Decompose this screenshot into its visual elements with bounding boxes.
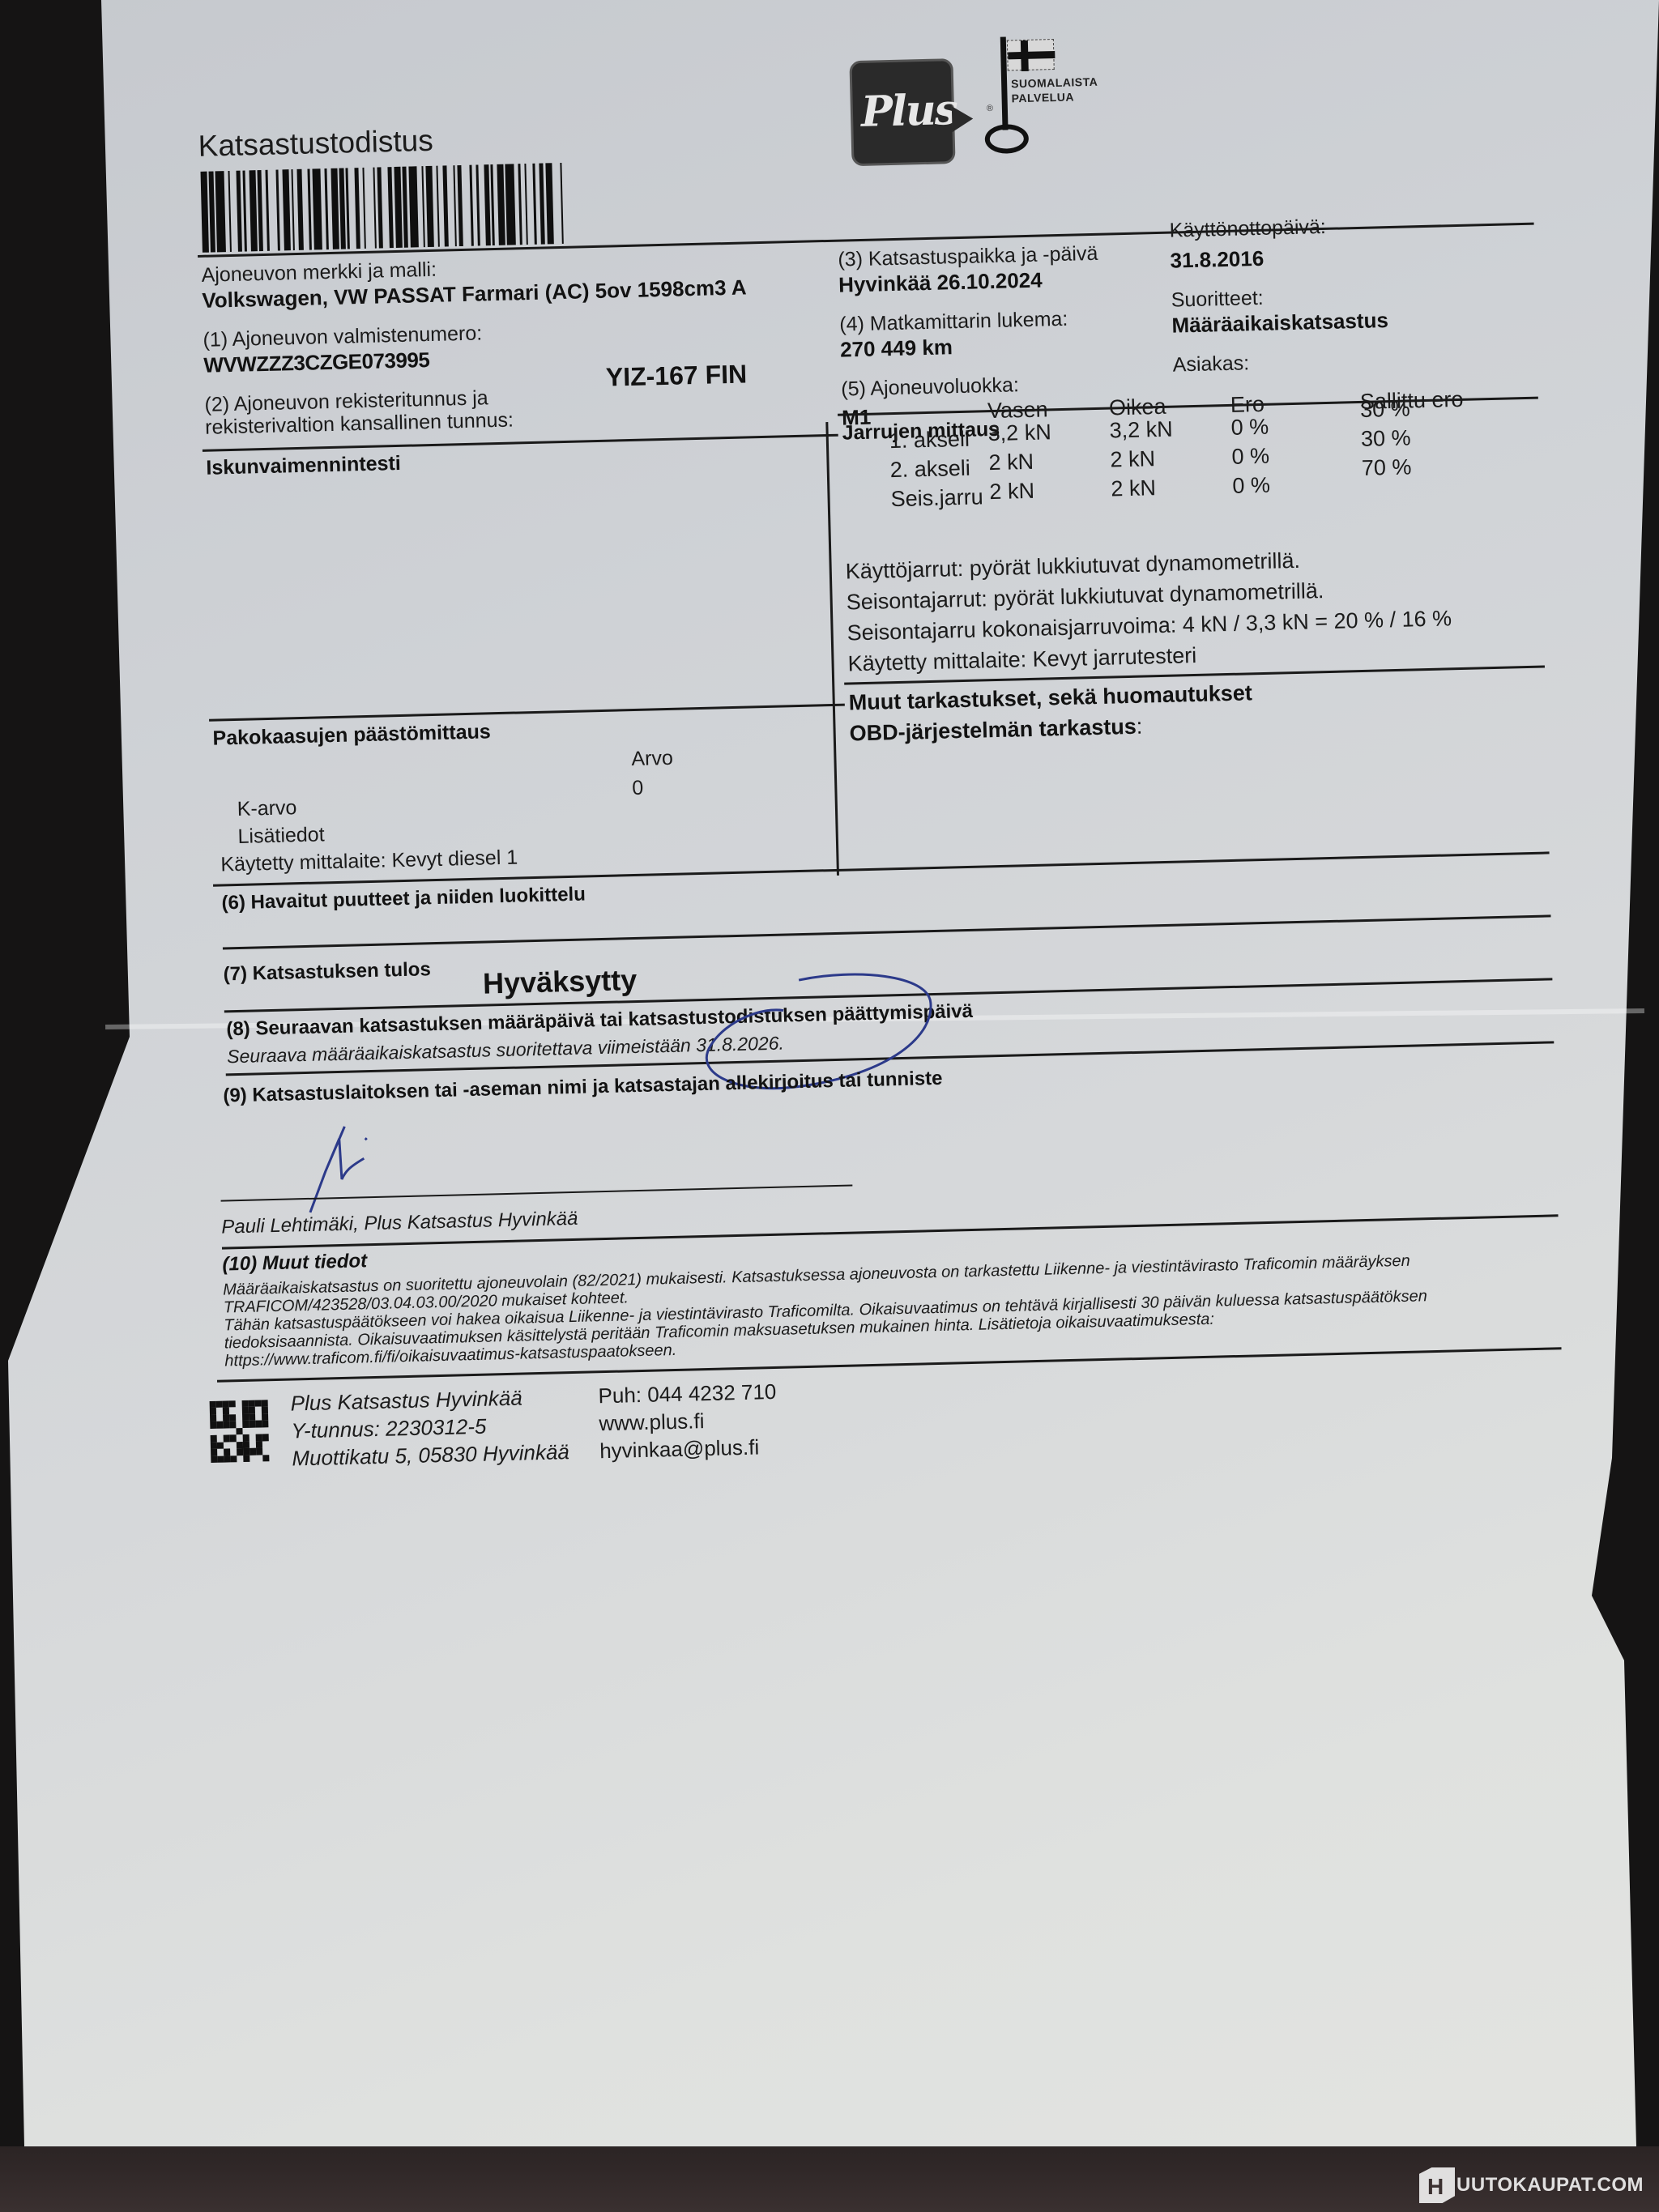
- brake-cell: 3,2 kN: [1109, 417, 1173, 444]
- badge-line2: PALVELUA: [1011, 90, 1074, 104]
- customer-label: Asiakas:: [1172, 352, 1249, 377]
- qr-code-icon: [210, 1400, 270, 1463]
- brake-cell: Seis.jarru: [890, 484, 983, 512]
- brake-cell: 1. akseli: [889, 427, 970, 454]
- odometer-value: 270 449 km: [840, 335, 953, 362]
- result-value: Hyväksytty: [483, 963, 638, 1001]
- watermark-text: UUTOKAUPAT.COM: [1456, 2174, 1644, 2197]
- suomalaista-palvelua-key-logo: SUOMALAISTA PALVELUA ®: [983, 34, 1115, 159]
- extra-info-label: Lisätiedot: [237, 823, 325, 849]
- plus-logo-text: Plus: [860, 85, 957, 137]
- shock-test-title: Iskunvaimennintesti: [206, 452, 401, 480]
- commission-date-label: Käyttönottopäivä:: [1169, 215, 1326, 243]
- inspection-place-date-value: Hyvinkää 26.10.2024: [838, 267, 1043, 297]
- footer-company-block: Plus Katsastus Hyvinkää Y-tunnus: 223031…: [290, 1383, 569, 1472]
- emissions-value-header: Arvo: [631, 747, 673, 771]
- services-label: Suoritteet:: [1171, 287, 1264, 313]
- brake-cell: 2 kN: [989, 479, 1034, 505]
- footer-contact-block: Puh: 044 4232 710 www.plus.fi hyvinkaa@p…: [598, 1378, 778, 1464]
- brake-cell: 0 %: [1232, 473, 1270, 499]
- registered-mark: ®: [987, 104, 993, 113]
- brake-allowed-diff: 30 %: [1361, 425, 1411, 451]
- finnish-flag-icon: [1007, 39, 1055, 70]
- plus-logo: Plus: [849, 58, 955, 166]
- background-floor: [0, 2146, 1659, 2212]
- huutokaupat-watermark: UUTOKAUPAT.COM: [1419, 2167, 1644, 2203]
- brake-cell: 2 kN: [988, 450, 1034, 475]
- brake-allowed-diff: 70 %: [1362, 454, 1412, 480]
- k-value: 0: [632, 777, 644, 800]
- badge-line1: SUOMALAISTA: [1011, 75, 1098, 91]
- brake-cell: 2 kN: [1111, 475, 1156, 501]
- brake-cell: 2. akseli: [889, 456, 970, 483]
- k-value-label: K-arvo: [237, 796, 296, 821]
- speech-tail-icon: [952, 106, 974, 133]
- obd-colon: :: [1136, 714, 1142, 739]
- footer-phone: Puh: 044 4232 710: [598, 1378, 777, 1409]
- registration-value: YIZ-167 FIN: [605, 359, 747, 392]
- other-info-title: (10) Muut tiedot: [222, 1250, 367, 1276]
- footer-email[interactable]: hyvinkaa@plus.fi: [599, 1433, 778, 1464]
- footer-website[interactable]: www.plus.fi: [599, 1405, 778, 1437]
- services-value: Määräaikaiskatsastus: [1171, 308, 1388, 339]
- document-title: Katsastustodistus: [198, 124, 433, 164]
- brake-cell: 0 %: [1231, 444, 1269, 470]
- brake-cell: 3,2 kN: [987, 420, 1051, 446]
- commission-date-value: 31.8.2016: [1170, 246, 1264, 274]
- brake-cell: 2 kN: [1110, 446, 1155, 472]
- brake-cell: 0 %: [1230, 415, 1269, 441]
- cube-h-logo-icon: [1419, 2167, 1455, 2203]
- key-ring-icon: [984, 124, 1029, 154]
- brake-allowed-diff: 30 %: [1360, 396, 1410, 422]
- vehicle-class-label: (5) Ajoneuvoluokka:: [841, 373, 1019, 401]
- barcode: [201, 157, 806, 253]
